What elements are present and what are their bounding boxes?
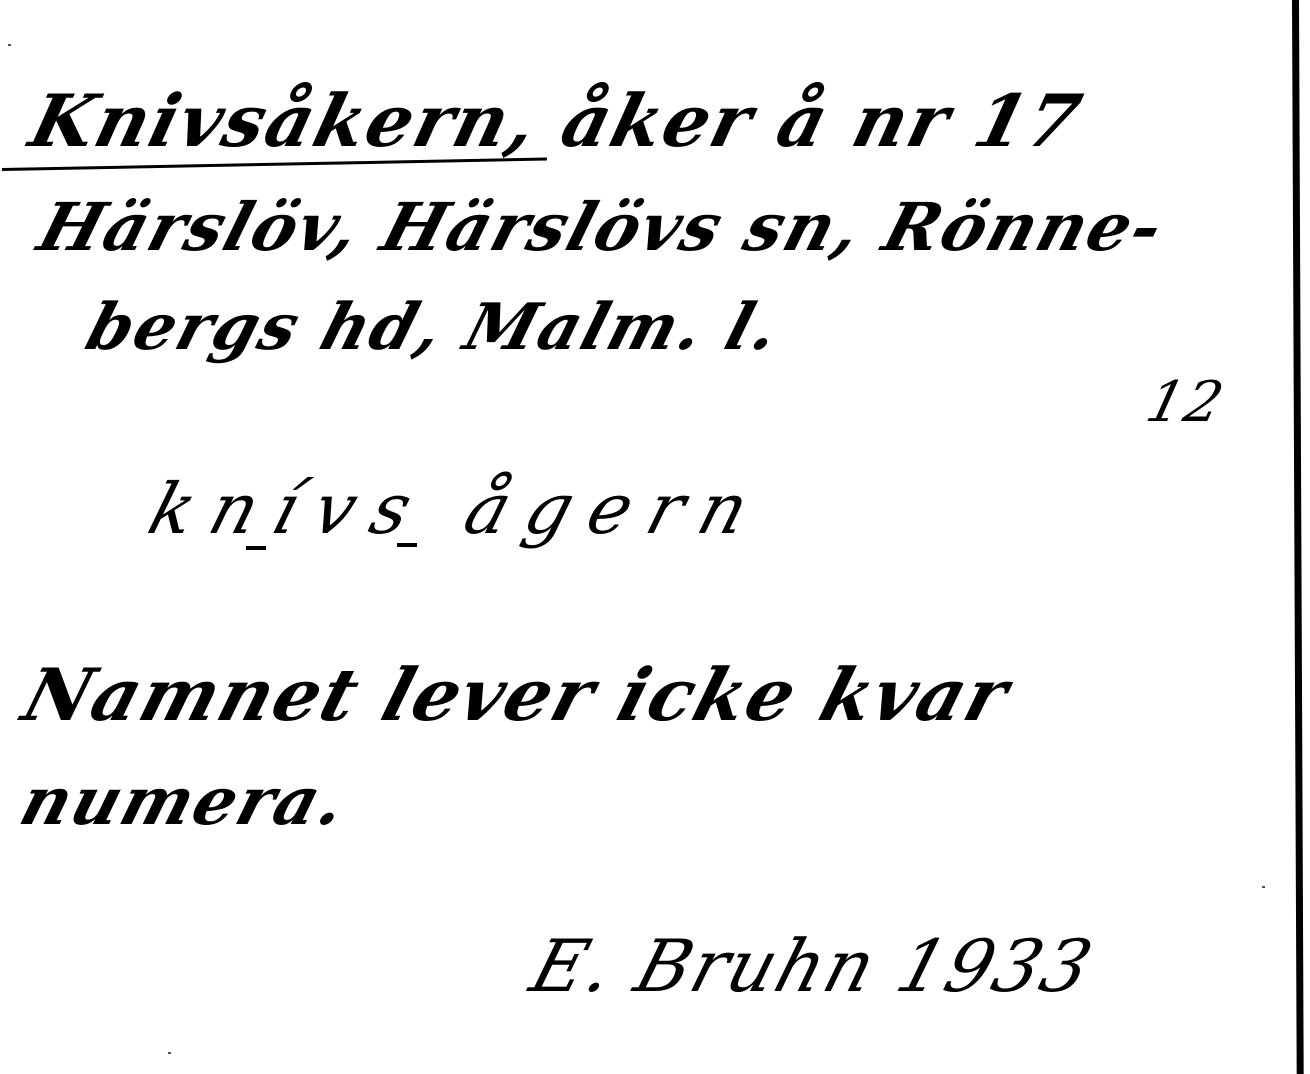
place-name-title: Knivsåkern, xyxy=(22,78,548,163)
stress-mark-a xyxy=(397,543,417,547)
stress-mark-i xyxy=(246,546,266,550)
scan-speck xyxy=(168,1052,171,1054)
place-name-description: åker å nr 17 xyxy=(553,78,1091,163)
note-line-2: numera. xyxy=(12,762,357,840)
location-line-1: Härslöv, Härslövs sn, Rönne- xyxy=(30,188,1173,266)
scan-speck xyxy=(1262,886,1265,888)
phonetic-transcription: knívs ågern xyxy=(140,468,776,550)
signature-and-year: E. Bruhn 1933 xyxy=(522,924,1103,1008)
note-line-1: Namnet lever icke kvar xyxy=(14,652,1020,737)
location-line-2: bergs hd, Malm. l. xyxy=(78,290,789,365)
archive-card: Knivsåkern, åker å nr 17 Härslöv, Härslö… xyxy=(0,0,1310,1074)
card-right-edge-border xyxy=(1292,0,1304,1074)
card-title-line: Knivsåkern, åker å nr 17 xyxy=(22,78,1091,163)
card-number: 12 xyxy=(1140,370,1231,435)
scan-speck xyxy=(8,44,11,46)
